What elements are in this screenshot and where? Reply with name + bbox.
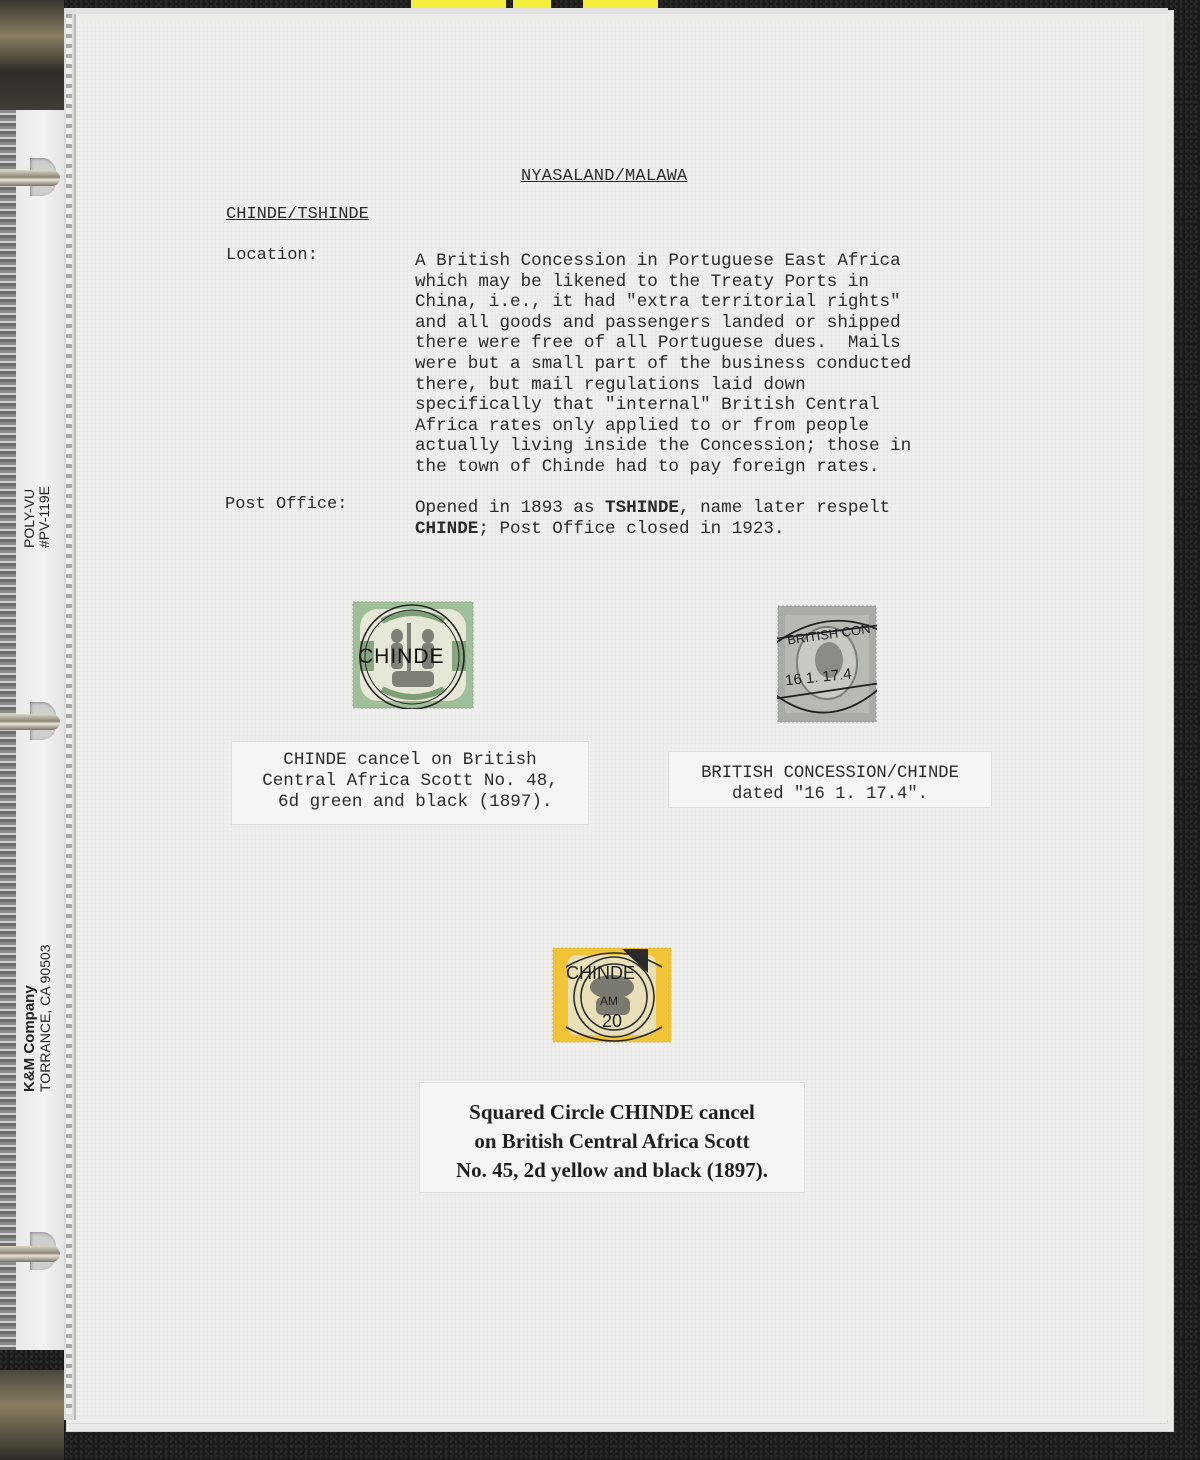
stamp-caption-british-concession: BRITISH CONCESSION/CHINDE dated "16 1. 1… bbox=[668, 751, 992, 808]
section-title: CHINDE/TSHINDE bbox=[226, 205, 369, 224]
company-name: K&M Company bbox=[22, 944, 38, 1092]
bold-name: TSHINDE bbox=[605, 498, 679, 518]
binder-ring[interactable] bbox=[0, 1246, 60, 1262]
caption-line: 6d green and black (1897). bbox=[232, 792, 588, 813]
caption-line: CHINDE cancel on British bbox=[232, 750, 588, 771]
svg-text:CHINDE: CHINDE bbox=[566, 963, 635, 983]
location-label: Location: bbox=[226, 246, 318, 265]
album-page bbox=[78, 22, 1144, 1417]
bold-name: CHINDE bbox=[415, 519, 478, 539]
company-address: TORRANCE, CA 90503 bbox=[37, 944, 53, 1092]
caption-line: BRITISH CONCESSION/CHINDE bbox=[669, 763, 991, 784]
binder-ring-mechanism-bottom bbox=[0, 1370, 64, 1460]
sheet-protector-brand-label: POLY-VU #PV-119E bbox=[22, 486, 51, 548]
stamp-gray-british-concession-cancel: BRITISH CON 16 1. 17.4 bbox=[777, 605, 877, 723]
post-office-text: Opened in 1893 as TSHINDE, name later re… bbox=[415, 498, 890, 539]
caption-line: Central Africa Scott No. 48, bbox=[232, 771, 588, 792]
text: Opened in 1893 as bbox=[415, 498, 605, 518]
caption-line: No. 45, 2d yellow and black (1897). bbox=[420, 1156, 804, 1185]
stamp-caption-scott-45: Squared Circle CHINDE cancel on British … bbox=[419, 1082, 805, 1193]
text: , name later respelt bbox=[679, 498, 890, 518]
text: ; Post Office closed in 1923. bbox=[478, 519, 784, 539]
svg-text:20: 20 bbox=[602, 1011, 622, 1031]
stamp-caption-scott-48: CHINDE cancel on British Central Africa … bbox=[231, 741, 589, 825]
sheet-protector-edge bbox=[66, 14, 72, 1414]
svg-text:CHINDE: CHINDE bbox=[358, 645, 445, 668]
caption-line: on British Central Africa Scott bbox=[420, 1127, 804, 1156]
caption-line: dated "16 1. 17.4". bbox=[669, 784, 991, 805]
binder-spine-edge bbox=[0, 110, 16, 1350]
caption-line: Squared Circle CHINDE cancel bbox=[420, 1098, 804, 1127]
post-office-label: Post Office: bbox=[225, 495, 347, 514]
binder-ring[interactable] bbox=[0, 170, 60, 186]
stamp-green-chinde-overprint: CHINDE bbox=[352, 601, 474, 709]
binder-ring-mechanism-top bbox=[0, 0, 64, 120]
stamp-yellow-squared-circle-cancel: CHINDE AM 20 bbox=[552, 947, 672, 1043]
binder-ring[interactable] bbox=[0, 714, 60, 730]
page-title: NYASALAND/MALAWA bbox=[521, 167, 687, 186]
manufacturer-label: K&M Company TORRANCE, CA 90503 bbox=[22, 944, 52, 1092]
product-number: #PV-119E bbox=[36, 486, 52, 548]
svg-text:AM: AM bbox=[600, 994, 618, 1008]
brand-name: POLY-VU bbox=[21, 489, 37, 548]
location-text: A British Concession in Portuguese East … bbox=[415, 251, 911, 478]
